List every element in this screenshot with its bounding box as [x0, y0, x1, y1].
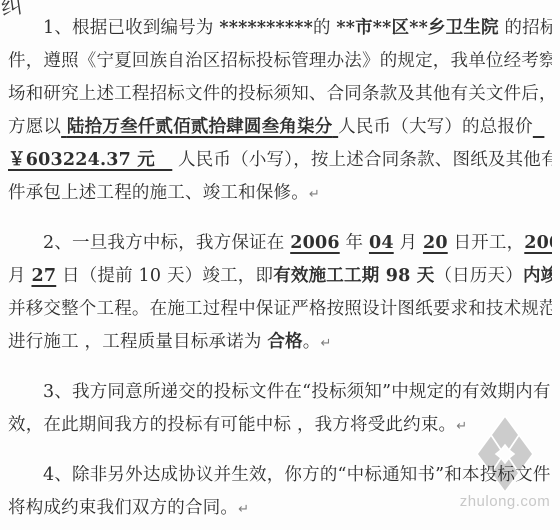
text-run: 日开工， — [448, 233, 525, 253]
text-run: ********** — [219, 18, 313, 38]
text-line: 月 27 日（提前 10 天）竣工，即有效施工工期 98 天（日历天）内竣工， — [8, 260, 552, 293]
text-run: 场和研究上述工程招标文件的投标须知、合同条款及其他有关文件后，我 — [8, 84, 552, 104]
text-run: 的招标文 — [499, 18, 552, 38]
text-run: 月 — [8, 266, 31, 286]
text-run: 件，遵照《宁夏回族自治区招标投标管理办法》的规定，我单位经考察现 — [8, 51, 552, 71]
paragraph-mark-icon: ↵ — [456, 419, 467, 434]
paragraph-mark-icon: ↵ — [238, 502, 249, 517]
text-run: 月 — [394, 233, 423, 253]
text-run: ￥603224.37 元 — [8, 150, 155, 170]
corner-fragment-text: 纠 — [0, 0, 24, 22]
paragraph: 4、除非另外达成协议并生效，你方的“中标通知书”和本投标文件将构成约束我们双方的… — [8, 459, 552, 525]
text-run: 内竣工 — [523, 266, 552, 286]
text-run: 陆拾万叁仟贰佰贰拾肆圆叁角柒分 — [67, 117, 333, 137]
text-run: （日历天） — [434, 266, 523, 286]
text-run: 件承包上述工程的施工、竣工和保修。 — [8, 183, 309, 203]
text-run: 人民币（大写）的总报价 — [338, 117, 533, 137]
text-run: 日（提前 10 天）竣工，即 — [56, 266, 273, 286]
text-run — [155, 150, 172, 170]
text-line: 件，遵照《宁夏回族自治区招标投标管理办法》的规定，我单位经考察现 — [8, 45, 552, 78]
text-line: 1、根据已收到编号为 **********的 **市**区**乡卫生院 的招标文 — [8, 12, 552, 45]
text-run: 合格 — [267, 332, 302, 352]
text-run: 并移交整个工程。在施工过程中保证严格按照设计图纸要求和技术规范 — [8, 299, 552, 319]
text-run: 2006 — [290, 233, 340, 253]
document-page: zhulong.com 1、根据已收到编号为 **********的 **市**… — [0, 0, 560, 530]
text-line: 4、除非另外达成协议并生效，你方的“中标通知书”和本投标文件 — [8, 459, 552, 492]
paragraph: 1、根据已收到编号为 **********的 **市**区**乡卫生院 的招标文… — [8, 12, 552, 210]
text-run: 有效施工工期 98 天 — [273, 266, 434, 286]
paragraph-mark-icon: ↵ — [309, 187, 320, 202]
text-run — [533, 117, 545, 137]
text-run: 。 — [303, 332, 321, 352]
text-run: 27 — [31, 266, 56, 286]
text-run: 4、除非另外达成协议并生效，你方的“中标通知书”和本投标文件 — [43, 465, 551, 485]
text-run: 人民币（小写），按上述合同条款、图纸及其他有关条 — [172, 150, 552, 170]
text-line: ￥603224.37 元 人民币（小写），按上述合同条款、图纸及其他有关条 — [8, 144, 552, 177]
text-line: 3、我方同意所递交的投标文件在“投标须知”中规定的有效期内有 — [8, 376, 552, 409]
paragraph: 2、一旦我方中标，我方保证在 2006 年 04 月 20 日开工，2006 年… — [8, 227, 552, 359]
text-run: 进行施工 ，工程质量目标承诺为 — [8, 332, 267, 352]
text-run: 效，在此期间我方的投标有可能中标 ，我方将受此约束。 — [8, 415, 456, 435]
text-line: 场和研究上述工程招标文件的投标须知、合同条款及其他有关文件后，我 — [8, 78, 552, 111]
text-run: **市**区**乡卫生院 — [336, 18, 498, 38]
text-run: 方愿以 — [8, 117, 61, 137]
text-line: 并移交整个工程。在施工过程中保证严格按照设计图纸要求和技术规范 — [8, 293, 552, 326]
text-line: 件承包上述工程的施工、竣工和保修。↵ — [8, 177, 552, 210]
text-run: 04 — [369, 233, 394, 253]
text-run: 2006 — [524, 233, 552, 253]
text-line: 将构成约束我们双方的合同。↵ — [8, 492, 552, 525]
text-run: 20 — [423, 233, 448, 253]
text-line: 方愿以 陆拾万叁仟贰佰贰拾肆圆叁角柒分 人民币（大写）的总报价 — [8, 111, 552, 144]
document-content: 1、根据已收到编号为 **********的 **市**区**乡卫生院 的招标文… — [0, 12, 560, 525]
text-run: 1、根据已收到编号为 — [43, 18, 219, 38]
paragraph-mark-icon: ↵ — [320, 336, 331, 351]
text-line: 进行施工 ，工程质量目标承诺为 合格。↵ — [8, 326, 552, 359]
text-line: 2、一旦我方中标，我方保证在 2006 年 04 月 20 日开工，2006 年… — [8, 227, 552, 260]
text-run: 年 — [340, 233, 369, 253]
text-run: 2、一旦我方中标，我方保证在 — [43, 233, 290, 253]
text-line: 效，在此期间我方的投标有可能中标 ，我方将受此约束。↵ — [8, 409, 552, 442]
text-run: 的 — [313, 18, 336, 38]
text-run: 3、我方同意所递交的投标文件在“投标须知”中规定的有效期内有 — [43, 382, 551, 402]
text-run: 将构成约束我们双方的合同。 — [8, 498, 238, 518]
paragraph: 3、我方同意所递交的投标文件在“投标须知”中规定的有效期内有效，在此期间我方的投… — [8, 376, 552, 442]
